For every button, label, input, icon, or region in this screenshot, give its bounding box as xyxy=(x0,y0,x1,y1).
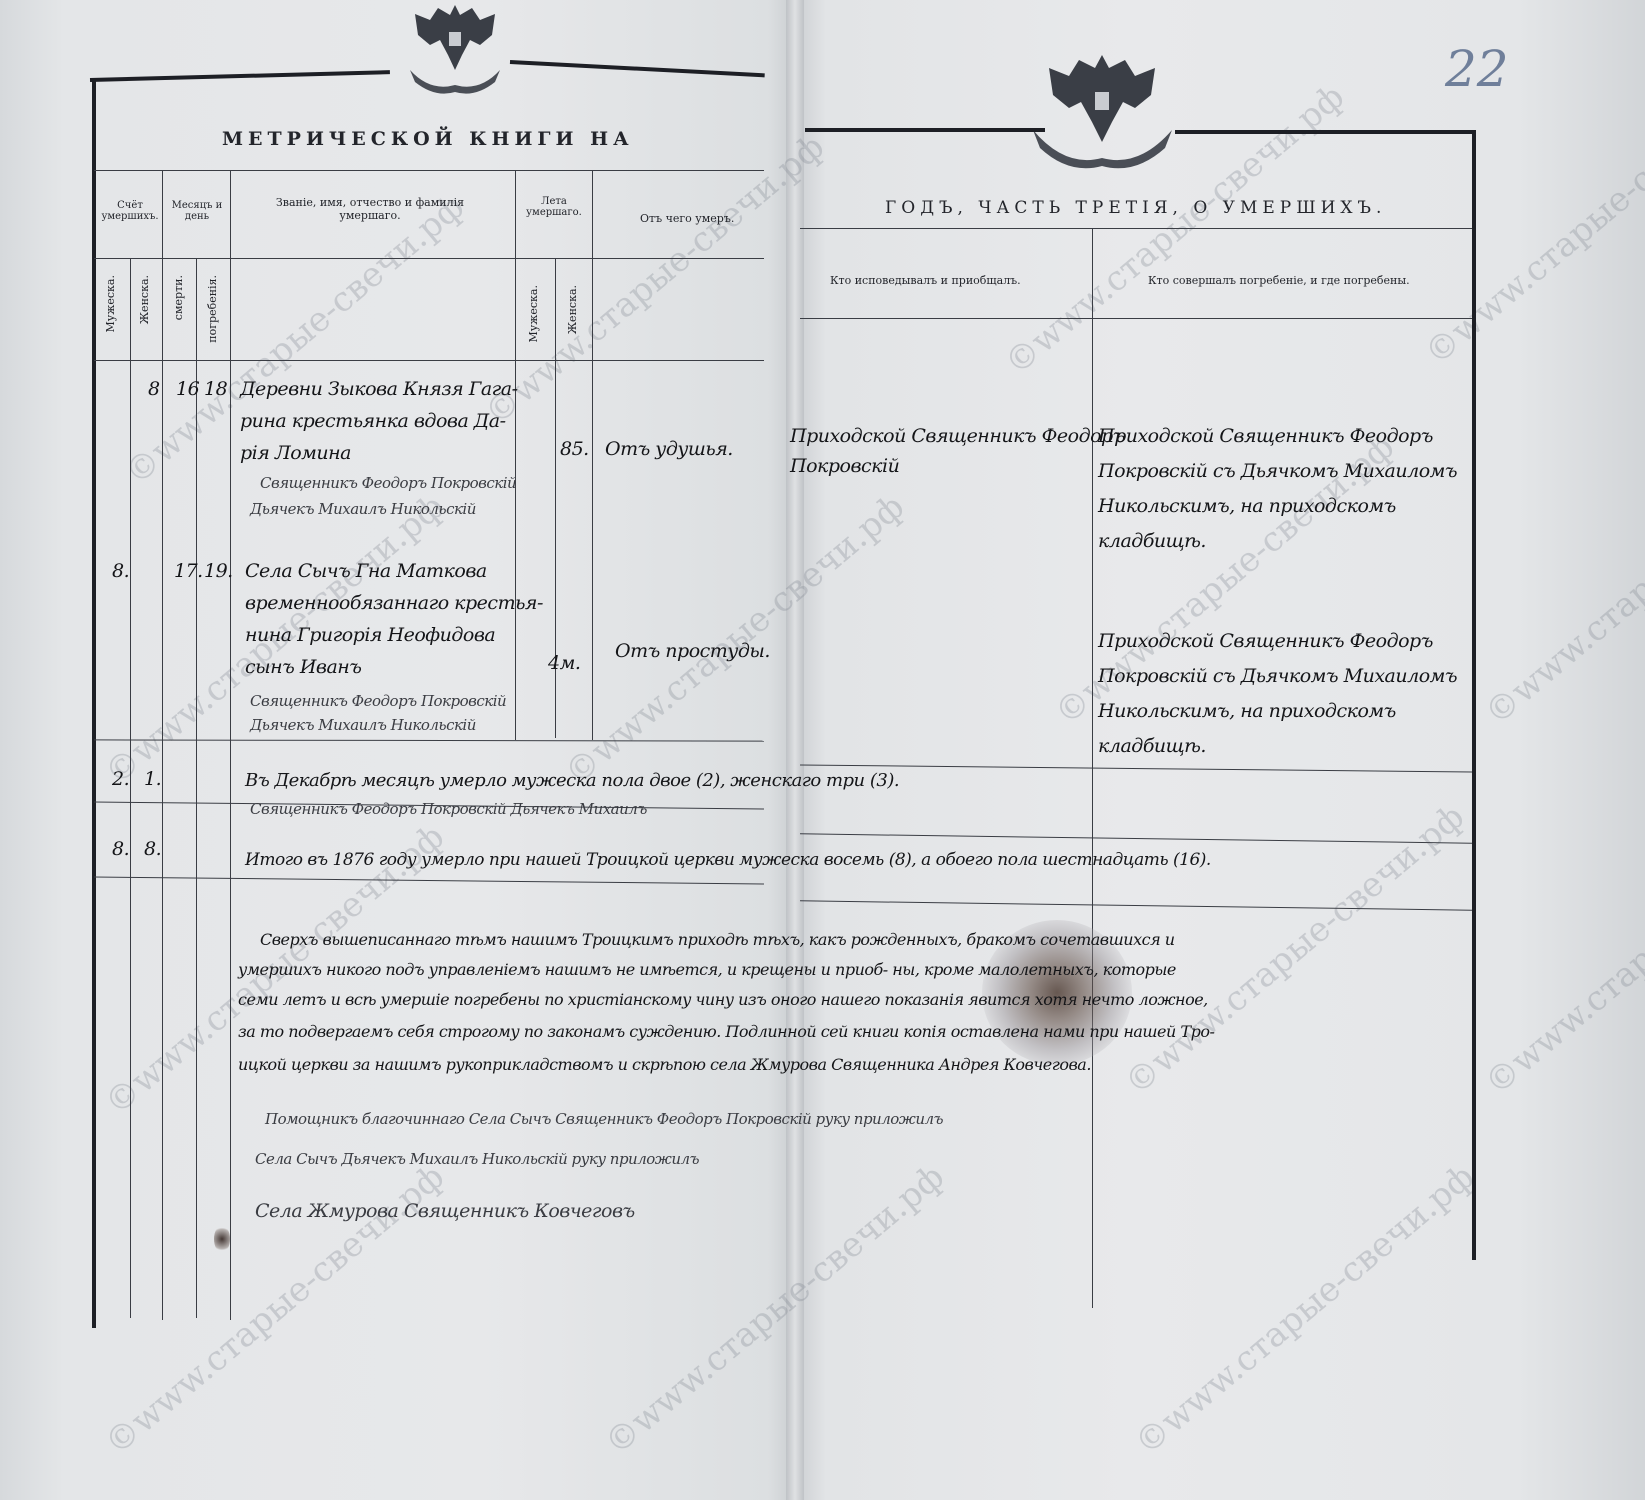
december-summary-signature: Священникъ Феодоръ Покровскій Дьячекъ Ми… xyxy=(250,800,647,818)
signature-assistant-dean: Помощникъ благочиннаго Села Сычъ Священн… xyxy=(265,1110,943,1128)
entry-2-burial-line: кладбищѣ. xyxy=(1098,735,1206,757)
year-summary-text: Итого въ 1876 году умерло при нашей Трои… xyxy=(245,850,1211,870)
frame-top-border xyxy=(1175,130,1475,134)
header-age-male: Мужеска. xyxy=(527,285,540,342)
entry-1-signature-line: Священникъ Феодоръ Покровскій xyxy=(260,474,516,492)
frame-right-border xyxy=(1472,130,1476,1260)
column-rule xyxy=(196,258,197,1318)
entry-1-confessor-line: Покровскій xyxy=(790,455,899,477)
entry-2-name-line: временнообязаннаго крестья- xyxy=(245,592,543,614)
entry-2-name-line: сынъ Иванъ xyxy=(245,656,361,678)
header-top-rule xyxy=(800,228,1472,229)
header-bottom-rule xyxy=(800,318,1472,319)
column-rule xyxy=(230,170,231,1320)
entry-1-burial-line: Приходской Священникъ Феодоръ xyxy=(1098,425,1433,447)
header-count-male: Мужеска. xyxy=(104,275,117,332)
entry-1-burial-line: кладбищѣ. xyxy=(1098,530,1206,552)
header-age: Лета умершаго. xyxy=(518,196,590,218)
entry-1-signature-line: Дьячекъ Михаилъ Никольскій xyxy=(250,500,476,518)
header-bottom-rule xyxy=(94,360,764,361)
entry-2-death-day: 17. xyxy=(174,560,203,582)
entry-1-cause: Отъ удушья. xyxy=(605,438,733,460)
header-age-female: Женска. xyxy=(566,285,579,334)
entry-2-signature-line: Дьячекъ Михаилъ Никольскій xyxy=(250,716,476,734)
entry-2-age-male: 4м. xyxy=(548,652,580,674)
imperial-eagle-crest-icon xyxy=(1025,50,1180,175)
column-rule xyxy=(162,170,163,1320)
signature-deacon: Села Сычъ Дьячекъ Михаилъ Никольскій рук… xyxy=(255,1150,699,1168)
certification-line: семи летъ и всѣ умершіе погребены по хри… xyxy=(238,990,1208,1009)
certification-line: за то подвергаемъ себя строгому по закон… xyxy=(238,1022,1214,1041)
entry-2-name-line: нина Григорія Неофидова xyxy=(245,624,495,646)
header-confessor: Кто исповедывалъ и приобщалъ. xyxy=(830,274,1021,287)
entry-1-confessor-line: Приходской Священникъ Феодоръ xyxy=(790,425,1125,447)
entry-1-death-day: 16 xyxy=(176,378,199,400)
header-name: Званіе, имя, отчество и фамилія умершаго… xyxy=(250,196,490,222)
header-count-female: Женска. xyxy=(138,275,151,324)
december-male-count: 2. xyxy=(112,768,129,790)
header-count-deceased: Счёт умершихъ. xyxy=(98,200,162,222)
year-female-count: 8. xyxy=(144,838,161,860)
december-summary-text: Въ Декабрѣ месяцѣ умерло мужеска пола дв… xyxy=(245,770,899,791)
header-cause: Отъ чего умеръ. xyxy=(640,212,734,225)
certification-line: ицкой церкви за нашимъ рукоприкладствомъ… xyxy=(238,1055,1091,1074)
header-top-rule xyxy=(94,170,764,171)
frame-left-border xyxy=(92,78,96,1328)
entry-2-cause: Отъ простуды. xyxy=(615,640,770,662)
certification-line: умершихъ никого подъ управленіемъ нашимъ… xyxy=(238,960,1176,979)
header-mid-rule xyxy=(94,258,764,259)
entry-1-burial-day: 18 xyxy=(204,378,227,400)
entry-1-female-count: 8 xyxy=(148,378,160,400)
header-month-day: Месяцъ и день xyxy=(166,200,228,222)
entry-1-burial-line: Никольскимъ, на приходскомъ xyxy=(1098,495,1396,517)
entry-1-name-line: рина крестьянка вдова Да- xyxy=(240,410,506,432)
ink-stain xyxy=(214,1225,230,1253)
entry-2-burial-line: Никольскимъ, на приходскомъ xyxy=(1098,700,1396,722)
imperial-eagle-crest-icon xyxy=(400,0,510,95)
entry-2-male-count: 8. xyxy=(112,560,129,582)
frame-top-border xyxy=(805,128,1045,132)
december-female-count: 1. xyxy=(144,768,161,790)
right-page-title: ГОДЪ, ЧАСТЬ ТРЕТІЯ, О УМЕРШИХЪ. xyxy=(885,198,1386,218)
year-male-count: 8. xyxy=(112,838,129,860)
entry-1-name-line: Деревни Зыкова Князя Гага- xyxy=(240,378,518,400)
entry-1-name-line: рія Ломина xyxy=(240,442,351,464)
entry-2-burial-day: 19. xyxy=(204,560,233,582)
page-number: 22 xyxy=(1445,40,1509,98)
entry-2-name-line: Села Сычъ Гна Маткова xyxy=(245,560,487,582)
column-rule xyxy=(130,258,131,1318)
header-burial: погребенія. xyxy=(206,275,219,343)
column-rule xyxy=(515,170,516,740)
entry-2-burial-line: Приходской Священникъ Феодоръ xyxy=(1098,630,1433,652)
entry-2-signature-line: Священникъ Феодоръ Покровскій xyxy=(250,692,506,710)
right-page xyxy=(792,0,1645,1500)
certification-line: Сверхъ вышеписаннаго тѣмъ нашимъ Троицки… xyxy=(260,930,1175,949)
entry-1-burial-line: Покровскій съ Дьячкомъ Михаиломъ xyxy=(1098,460,1457,482)
column-rule xyxy=(592,170,593,740)
left-page-title: МЕТРИЧЕСКОЙ КНИГИ НА xyxy=(222,128,634,150)
entry-2-burial-line: Покровскій съ Дьячкомъ Михаиломъ xyxy=(1098,665,1457,687)
signature-priest: Села Жмурова Священникъ Ковчеговъ xyxy=(255,1200,635,1222)
header-death: смерти. xyxy=(172,275,185,320)
entry-1-age-female: 85. xyxy=(560,438,589,460)
header-burial-by: Кто совершалъ погребеніе, и где погребен… xyxy=(1148,274,1410,287)
